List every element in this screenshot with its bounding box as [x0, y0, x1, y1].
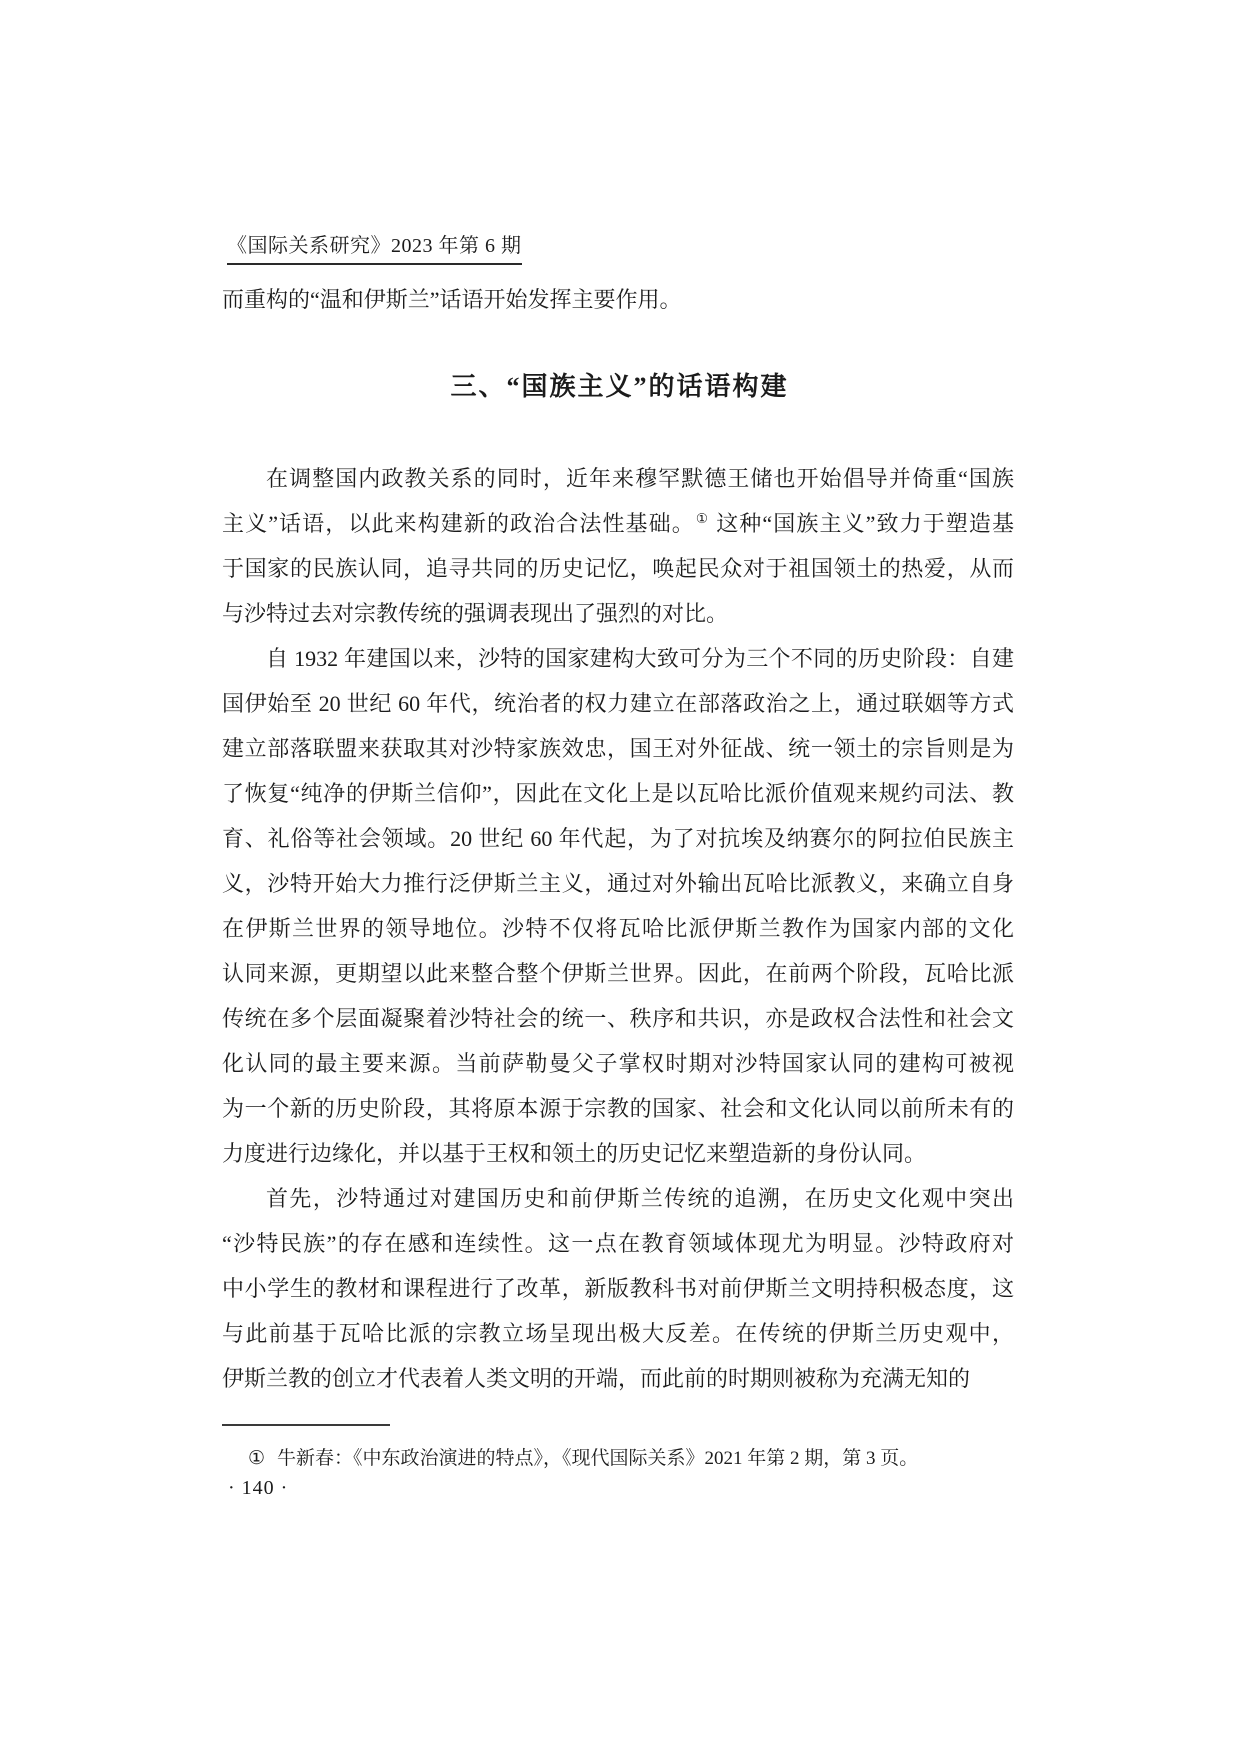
body-line: 育、礼俗等社会领域。20 世纪 60 年代起，为了对抗埃及纳赛尔的阿拉伯民族主: [222, 816, 1014, 861]
footnote-divider: [222, 1424, 390, 1426]
body-line: 为一个新的历史阶段，其将原本源于宗教的国家、社会和文化认同以前所未有的: [222, 1086, 1014, 1131]
body-line: 国伊始至 20 世纪 60 年代，统治者的权力建立在部落政治之上，通过联姻等方式: [222, 681, 1014, 726]
footnote-marker: ①: [248, 1448, 265, 1469]
body-line: 与此前基于瓦哈比派的宗教立场呈现出极大反差。在传统的伊斯兰历史观中，: [222, 1311, 1014, 1356]
body-line: 伊斯兰教的创立才代表着人类文明的开端，而此前的时期则被称为充满无知的: [222, 1356, 1014, 1401]
body-line: 力度进行边缘化，并以基于王权和领土的历史记忆来塑造新的身份认同。: [222, 1131, 1014, 1176]
body-line: “沙特民族”的存在感和连续性。这一点在教育领域体现尤为明显。沙特政府对: [222, 1221, 1014, 1266]
footnote-ref-superscript: ①: [696, 511, 709, 526]
section-heading: 三、“国族主义”的话语构建: [0, 366, 1239, 403]
body-line: 在伊斯兰世界的领导地位。沙特不仅将瓦哈比派伊斯兰教作为国家内部的文化: [222, 906, 1014, 951]
body-line: 主义”话语，以此来构建新的政治合法性基础。①这种“国族主义”致力于塑造基: [222, 501, 1014, 546]
footnote-text: 牛新春：《中东政治演进的特点》，《现代国际关系》2021 年第 2 期，第 3 …: [277, 1448, 918, 1469]
body-text: 在调整国内政教关系的同时，近年来穆罕默德王储也开始倡导并倚重“国族主义”话语，以…: [222, 456, 1014, 1401]
body-line: 传统在多个层面凝聚着沙特社会的统一、秩序和共识，亦是政权合法性和社会文: [222, 996, 1014, 1041]
body-line: 化认同的最主要来源。当前萨勒曼父子掌权时期对沙特国家认同的建构可被视: [222, 1041, 1014, 1086]
intro-line: 而重构的“温和伊斯兰”话语开始发挥主要作用。: [222, 277, 1014, 322]
journal-header: 《国际关系研究》2023 年第 6 期: [227, 229, 522, 265]
body-line: 在调整国内政教关系的同时，近年来穆罕默德王储也开始倡导并倚重“国族: [222, 456, 1014, 501]
body-line: 自 1932 年建国以来，沙特的国家建构大致可分为三个不同的历史阶段：自建: [222, 636, 1014, 681]
footnote: ①牛新春：《中东政治演进的特点》，《现代国际关系》2021 年第 2 期，第 3…: [222, 1445, 1022, 1473]
body-line: 建立部落联盟来获取其对沙特家族效忠，国王对外征战、统一领土的宗旨则是为: [222, 726, 1014, 771]
body-line: 与沙特过去对宗教传统的强调表现出了强烈的对比。: [222, 591, 1014, 636]
page: 《国际关系研究》2023 年第 6 期 而重构的“温和伊斯兰”话语开始发挥主要作…: [0, 0, 1239, 1753]
body-line: 义，沙特开始大力推行泛伊斯兰主义，通过对外输出瓦哈比派教义，来确立自身: [222, 861, 1014, 906]
body-line: 于国家的民族认同，追寻共同的历史记忆，唤起民众对于祖国领土的热爱，从而: [222, 546, 1014, 591]
body-line: 中小学生的教材和课程进行了改革，新版教科书对前伊斯兰文明持积极态度，这: [222, 1266, 1014, 1311]
body-line: 了恢复“纯净的伊斯兰信仰”，因此在文化上是以瓦哈比派价值观来规约司法、教: [222, 771, 1014, 816]
body-line: 认同来源，更期望以此来整合整个伊斯兰世界。因此，在前两个阶段，瓦哈比派: [222, 951, 1014, 996]
page-number: · 140 ·: [228, 1477, 288, 1500]
body-line: 首先，沙特通过对建国历史和前伊斯兰传统的追溯，在历史文化观中突出: [222, 1176, 1014, 1221]
